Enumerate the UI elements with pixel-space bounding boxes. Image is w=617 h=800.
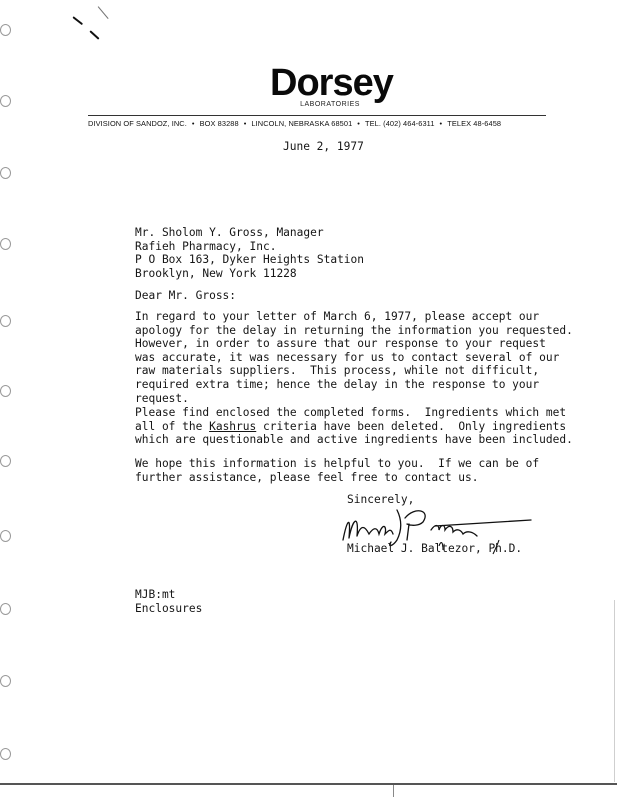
bullet-separator: • [435,119,448,128]
paragraph-line: raw materials suppliers. This process, w… [135,364,573,378]
paragraph-line: all of the Kashrus criteria have been de… [135,420,573,434]
letterhead-contact-line: DIVISION OF SANDOZ, INC.•BOX 83288•LINCO… [88,119,558,128]
enclosures-note: Enclosures [135,602,202,616]
bullet-separator: • [187,119,200,128]
recipient-city: Brooklyn, New York 11228 [135,267,364,281]
body-paragraph-2: Please find enclosed the completed forms… [135,406,573,447]
paragraph-line: request. [135,392,573,406]
recipient-company: Rafieh Pharmacy, Inc. [135,240,364,254]
page-edge [614,600,615,782]
telex-text: TELEX 48-6458 [447,119,501,128]
company-logo: Dorsey LABORATORIES [270,66,390,108]
paragraph-line: further assistance, please feel free to … [135,471,539,485]
pen-mark-icon [89,30,99,40]
salutation: Dear Mr. Gross: [135,289,236,303]
line-text: all of the [135,420,209,433]
paragraph-line: required extra time; hence the delay in … [135,378,573,392]
punch-hole-icon [0,238,11,250]
box-text: BOX 83288 [200,119,239,128]
punch-hole-icon [0,315,11,327]
recipient-address: Mr. Sholom Y. Gross, ManagerRafieh Pharm… [135,226,364,280]
punch-hole-icon [0,455,11,467]
kashrus-underlined-term: Kashrus [209,420,256,433]
recipient-name: Mr. Sholom Y. Gross, Manager [135,226,364,240]
punch-hole-icon [0,385,11,397]
paragraph-line: We hope this information is helpful to y… [135,457,539,471]
reference-initials: MJB:mt [135,588,202,602]
punch-hole-icon [0,24,11,36]
telephone-text: TEL. (402) 464-6311 [365,119,435,128]
pen-mark-icon [72,16,83,25]
recipient-po-box: P O Box 163, Dyker Heights Station [135,253,364,267]
address-text: LINCOLN, NEBRASKA 68501 [251,119,352,128]
paragraph-line: Please find enclosed the completed forms… [135,406,573,420]
punch-hole-icon [0,167,11,179]
bullet-separator: • [352,119,365,128]
pen-mark-icon [98,6,109,19]
line-text: criteria have been deleted. Only ingredi… [256,420,566,433]
logo-wordmark: Dorsey [270,66,390,100]
reference-block: MJB:mtEnclosures [135,588,202,615]
paragraph-line: However, in order to assure that our res… [135,337,573,351]
paragraph-line: was accurate, it was necessary for us to… [135,351,573,365]
letter-page: Dorsey LABORATORIES DIVISION OF SANDOZ, … [0,0,617,800]
paragraph-line: which are questionable and active ingred… [135,433,573,447]
page-fold-mark [393,785,394,797]
page-bottom-edge [0,783,617,785]
punch-hole-icon [0,530,11,542]
punch-hole-icon [0,748,11,760]
punch-hole-icon [0,675,11,687]
body-paragraph-1: In regard to your letter of March 6, 197… [135,310,573,405]
punch-hole-icon [0,95,11,107]
body-paragraph-3: We hope this information is helpful to y… [135,457,539,484]
division-text: DIVISION OF SANDOZ, INC. [88,119,187,128]
paragraph-line: In regard to your letter of March 6, 197… [135,310,573,324]
letterhead-rule [88,115,546,116]
bullet-separator: • [239,119,252,128]
signer-name: Michael J. Baltezor, Ph.D. [347,542,522,556]
letter-date: June 2, 1977 [283,140,364,154]
paragraph-line: apology for the delay in returning the i… [135,324,573,338]
punch-hole-icon [0,603,11,615]
